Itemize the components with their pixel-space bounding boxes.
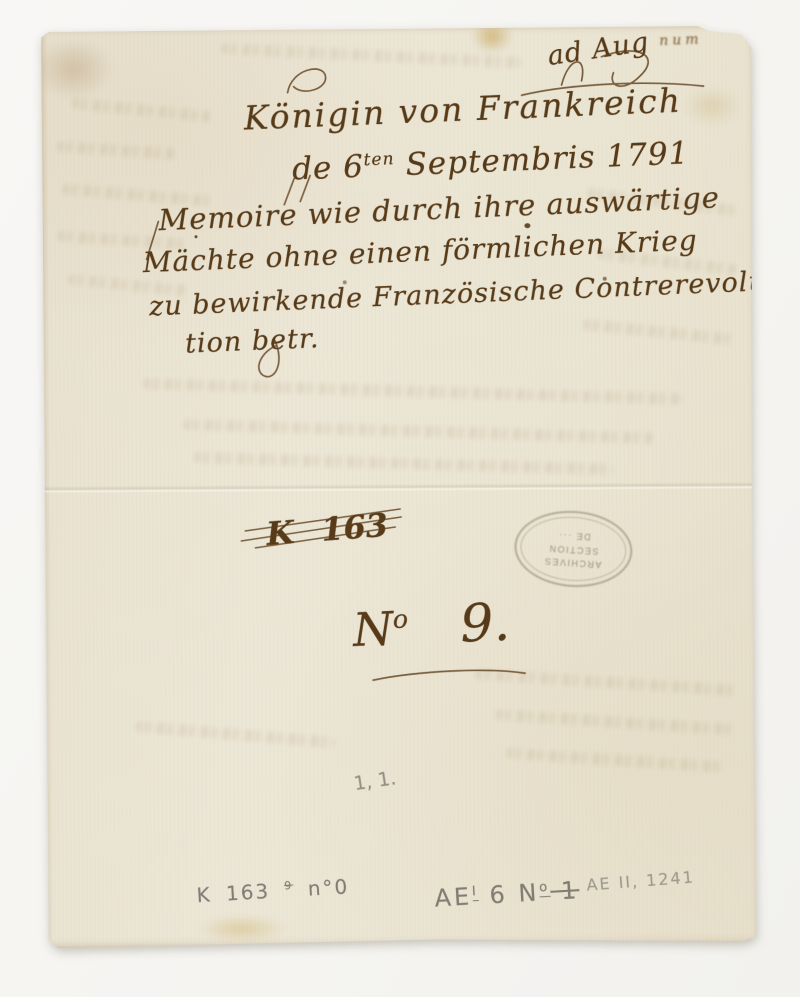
bottom-stain bbox=[197, 915, 287, 944]
ink-speck bbox=[194, 235, 197, 238]
old-shelfmark-post: n°0 bbox=[293, 874, 350, 901]
ghost-bleedthrough bbox=[57, 141, 177, 160]
pencil-shelfmark-ae1: AEI 6 No 1 bbox=[434, 876, 580, 912]
ghost-bleedthrough bbox=[184, 419, 654, 444]
ghost-bleedthrough bbox=[475, 668, 735, 696]
docket-line-2-pre: de 6 bbox=[291, 149, 364, 188]
number-superscript: o bbox=[392, 604, 408, 634]
archive-stamp: ARCHIVES SECTION DE ··· bbox=[512, 507, 635, 590]
flourish-curl-left bbox=[287, 69, 325, 93]
dispatch-note: ad Aug bbox=[546, 27, 652, 73]
manuscript-paper: num ad Aug Königin von Frankreich de 6te… bbox=[41, 26, 757, 948]
corner-stain bbox=[33, 38, 113, 100]
fold-crease bbox=[44, 482, 754, 493]
top-edge-stain bbox=[471, 19, 513, 53]
ghost-bleedthrough bbox=[495, 709, 735, 735]
corner-offset-text: num bbox=[659, 31, 703, 49]
docket-line-6: tion betr. bbox=[185, 323, 321, 359]
ghost-bleedthrough bbox=[194, 452, 614, 475]
ink-speck bbox=[524, 223, 530, 228]
pencil-pair-note: 1, 1. bbox=[352, 767, 397, 795]
ghost-bleedthrough bbox=[71, 98, 211, 123]
stamp-line-3: DE ··· bbox=[557, 528, 591, 544]
docket-line-1: Königin von Frankreich bbox=[243, 81, 683, 138]
pencil-shelfmark-ae2: AE II, 1241 bbox=[586, 867, 696, 894]
pencil-old-shelfmark: K 163 9 n°0 bbox=[196, 874, 350, 907]
edge-stain bbox=[682, 86, 742, 126]
ink-speck bbox=[343, 280, 347, 284]
stamp-line-1: ARCHIVES bbox=[543, 554, 602, 571]
docket-line-2: de 6ten Septembris 1791 bbox=[291, 135, 690, 187]
cancelled-shelfmark: K 163 bbox=[265, 506, 389, 553]
photo-background: num ad Aug Königin von Frankreich de 6te… bbox=[0, 0, 800, 997]
ink-speck bbox=[603, 277, 607, 281]
paper-wrapper: num ad Aug Königin von Frankreich de 6te… bbox=[41, 26, 757, 948]
docket-line-2-post: Septembris 1791 bbox=[394, 135, 690, 183]
number-n: N bbox=[352, 601, 394, 657]
ghost-bleedthrough bbox=[135, 721, 335, 748]
ae1-struck-digit: 1 bbox=[550, 876, 580, 906]
docket-line-2-superscript: ten bbox=[363, 149, 395, 170]
document-number: No9. bbox=[352, 593, 511, 659]
ghost-bleedthrough bbox=[506, 748, 726, 773]
stamp-line-2: SECTION bbox=[548, 541, 599, 558]
number-value: 9. bbox=[459, 593, 511, 655]
old-shelfmark-pre: K 163 bbox=[196, 878, 285, 907]
ghost-bleedthrough bbox=[583, 319, 733, 345]
ae1-mid: 6 N bbox=[478, 878, 540, 909]
ae1-base: AE bbox=[434, 882, 473, 912]
ghost-bleedthrough bbox=[143, 378, 683, 405]
